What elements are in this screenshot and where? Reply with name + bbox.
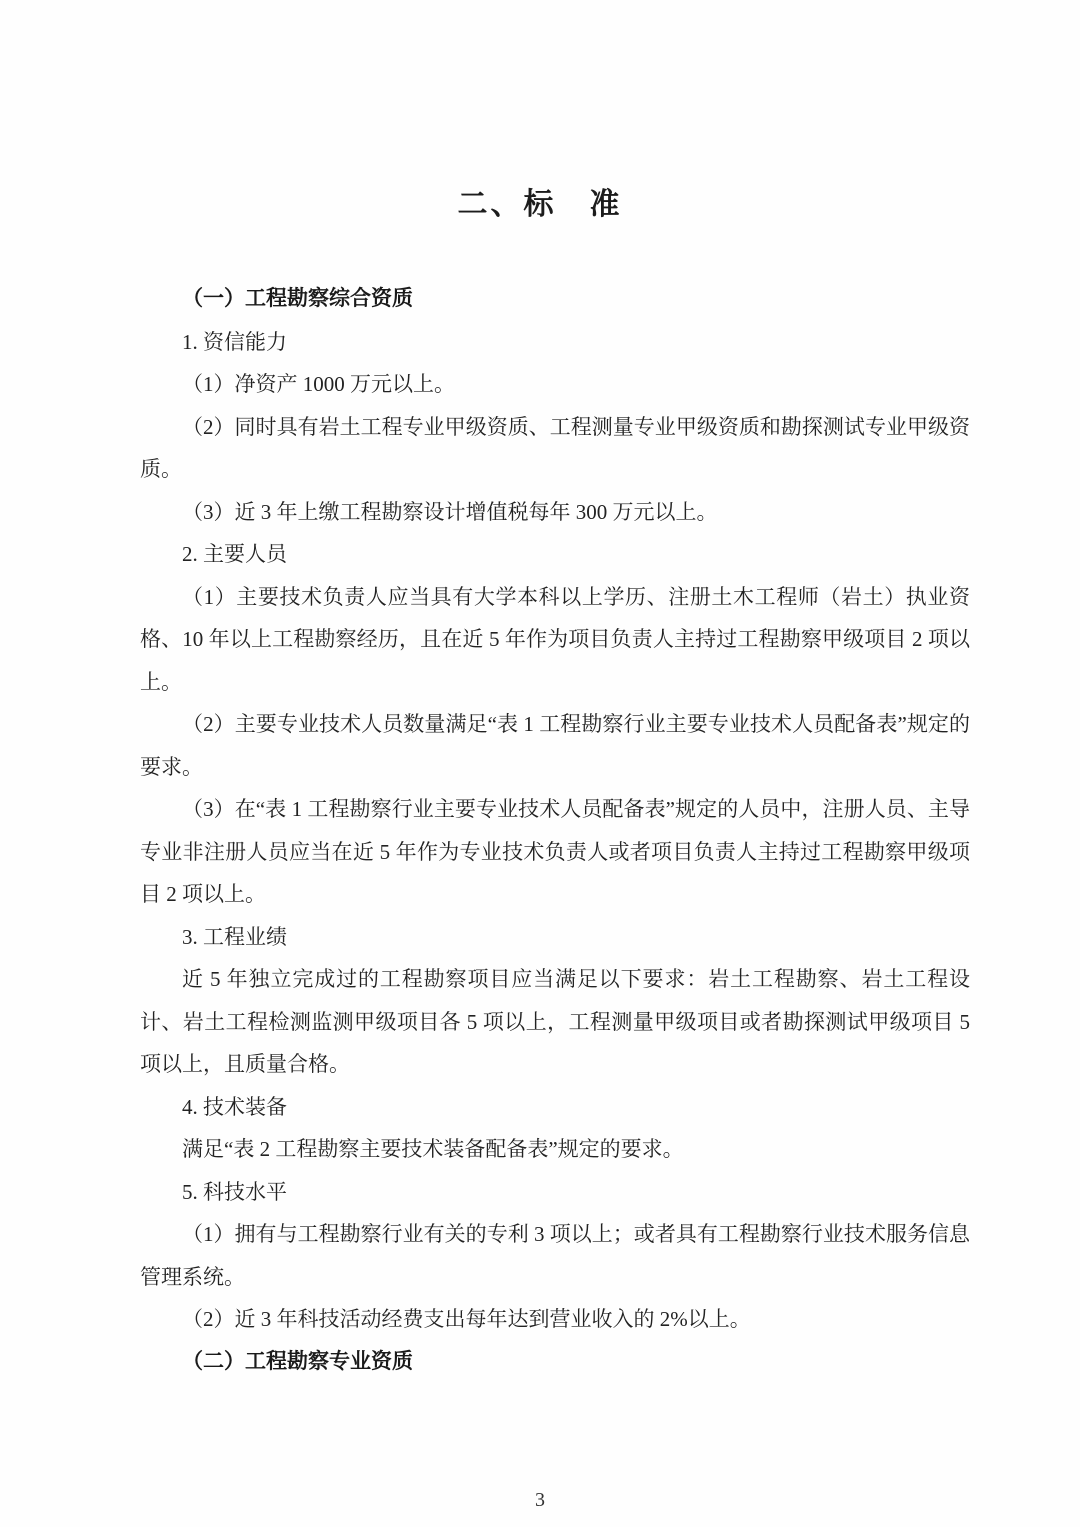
paragraph-registered-personnel: （3）在“表 1 工程勘察行业主要专业技术人员配备表”规定的人员中，注册人员、主… xyxy=(140,788,970,916)
paragraph-equipment-table-2: 满足“表 2 工程勘察主要技术装备配备表”规定的要求。 xyxy=(140,1128,970,1171)
paragraph-vat-requirement: （3）近 3 年上缴工程勘察设计增值税每年 300 万元以上。 xyxy=(140,491,970,534)
paragraph-staffing-table-1: （2）主要专业技术人员数量满足“表 1 工程勘察行业主要专业技术人员配备表”规定… xyxy=(140,703,970,788)
document-title: 二、标 准 xyxy=(0,189,1080,221)
item-credit-capacity: 1. 资信能力 xyxy=(140,321,970,364)
item-key-personnel: 2. 主要人员 xyxy=(140,533,970,576)
paragraph-net-assets: （1）净资产 1000 万元以上。 xyxy=(140,363,970,406)
paragraph-grade-a-qualifications: （2）同时具有岩土工程专业甲级资质、工程测量专业甲级资质和勘探测试专业甲级资质。 xyxy=(140,406,970,491)
page-number: 3 xyxy=(0,1483,1080,1517)
section-heading-professional-qualification: （二）工程勘察专业资质 xyxy=(140,1341,970,1384)
document-body: （一）工程勘察综合资质 1. 资信能力 （1）净资产 1000 万元以上。 （2… xyxy=(140,278,970,1383)
paragraph-rd-spending: （2）近 3 年科技活动经费支出每年达到营业收入的 2%以上。 xyxy=(140,1298,970,1341)
paragraph-patents-requirement: （1）拥有与工程勘察行业有关的专利 3 项以上；或者具有工程勘察行业技术服务信息… xyxy=(140,1213,970,1298)
item-technical-equipment: 4. 技术装备 xyxy=(140,1086,970,1129)
paragraph-chief-technical-lead: （1）主要技术负责人应当具有大学本科以上学历、注册土木工程师（岩土）执业资格、1… xyxy=(140,576,970,704)
section-heading-comprehensive-qualification: （一）工程勘察综合资质 xyxy=(140,278,970,321)
document-page: 二、标 准 （一）工程勘察综合资质 1. 资信能力 （1）净资产 1000 万元… xyxy=(0,0,1080,1527)
item-technology-level: 5. 科技水平 xyxy=(140,1171,970,1214)
paragraph-performance-requirements: 近 5 年独立完成过的工程勘察项目应当满足以下要求：岩土工程勘察、岩土工程设计、… xyxy=(140,958,970,1086)
item-project-performance: 3. 工程业绩 xyxy=(140,916,970,959)
